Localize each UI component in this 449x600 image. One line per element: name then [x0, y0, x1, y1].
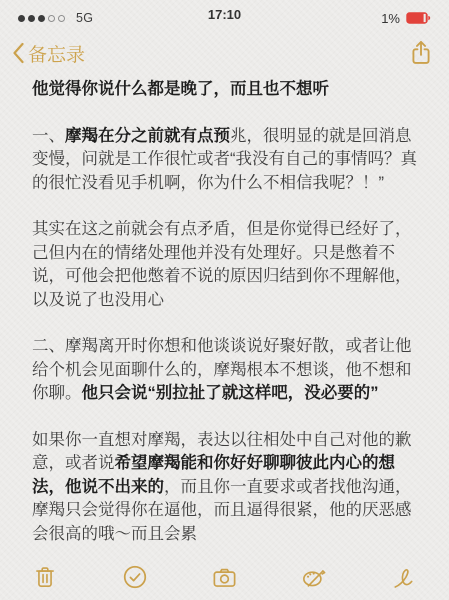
- note-paragraph: 一、摩羯在分之前就有点预兆，很明显的就是回消息变慢，问就是工作很忙或者“我没有自…: [32, 125, 418, 196]
- status-bar: 5G 17:10 1%: [0, 0, 449, 32]
- checklist-icon: [121, 563, 149, 591]
- back-button[interactable]: 备忘录: [12, 40, 85, 67]
- share-button[interactable]: [407, 39, 435, 67]
- note-title: 他觉得你说什么都是晚了，而且也不想听: [32, 78, 418, 102]
- chevron-left-icon: [12, 42, 24, 64]
- nav-bar: 备忘录: [0, 32, 449, 74]
- back-button-label: 备忘录: [28, 40, 85, 67]
- notes-app-screen: 5G 17:10 1% 备忘录: [0, 0, 449, 600]
- compose-button[interactable]: [390, 563, 418, 591]
- battery-low-red-icon: [406, 12, 431, 24]
- note-body[interactable]: 他觉得你说什么都是晚了，而且也不想听 一、摩羯在分之前就有点预兆，很明显的就是回…: [0, 74, 449, 546]
- delete-note-button[interactable]: [31, 563, 59, 591]
- note-paragraphs: 一、摩羯在分之前就有点预兆，很明显的就是回消息变慢，问就是工作很忙或者“我没有自…: [32, 125, 418, 547]
- signal-strength-icon: [18, 15, 65, 22]
- checklist-button[interactable]: [121, 563, 149, 591]
- note-paragraph: 其实在这之前就会有点矛盾，但是你觉得已经好了，己但内在的情绪处理他并没有处理好。…: [32, 218, 418, 312]
- bottom-toolbar: [0, 554, 449, 600]
- camera-icon: [211, 564, 238, 591]
- sketch-palette-icon: [300, 563, 328, 591]
- camera-button[interactable]: [211, 563, 239, 591]
- sketch-button[interactable]: [300, 563, 328, 591]
- status-time: 17:10: [208, 7, 241, 22]
- trash-icon: [32, 564, 58, 590]
- note-paragraph: 如果你一直想对摩羯，表达以往相处中自己对他的歉意，或者说希望摩羯能和你好好聊聊彼…: [32, 429, 418, 547]
- carrier-label: 5G: [76, 11, 93, 25]
- battery-percent: 1%: [381, 11, 400, 26]
- share-icon: [407, 39, 435, 67]
- compose-pen-icon: [390, 563, 418, 591]
- note-paragraph: 二、摩羯离开时你想和他谈谈说好聚好散，或者让他给个机会见面聊什么的，摩羯根本不想…: [32, 335, 418, 406]
